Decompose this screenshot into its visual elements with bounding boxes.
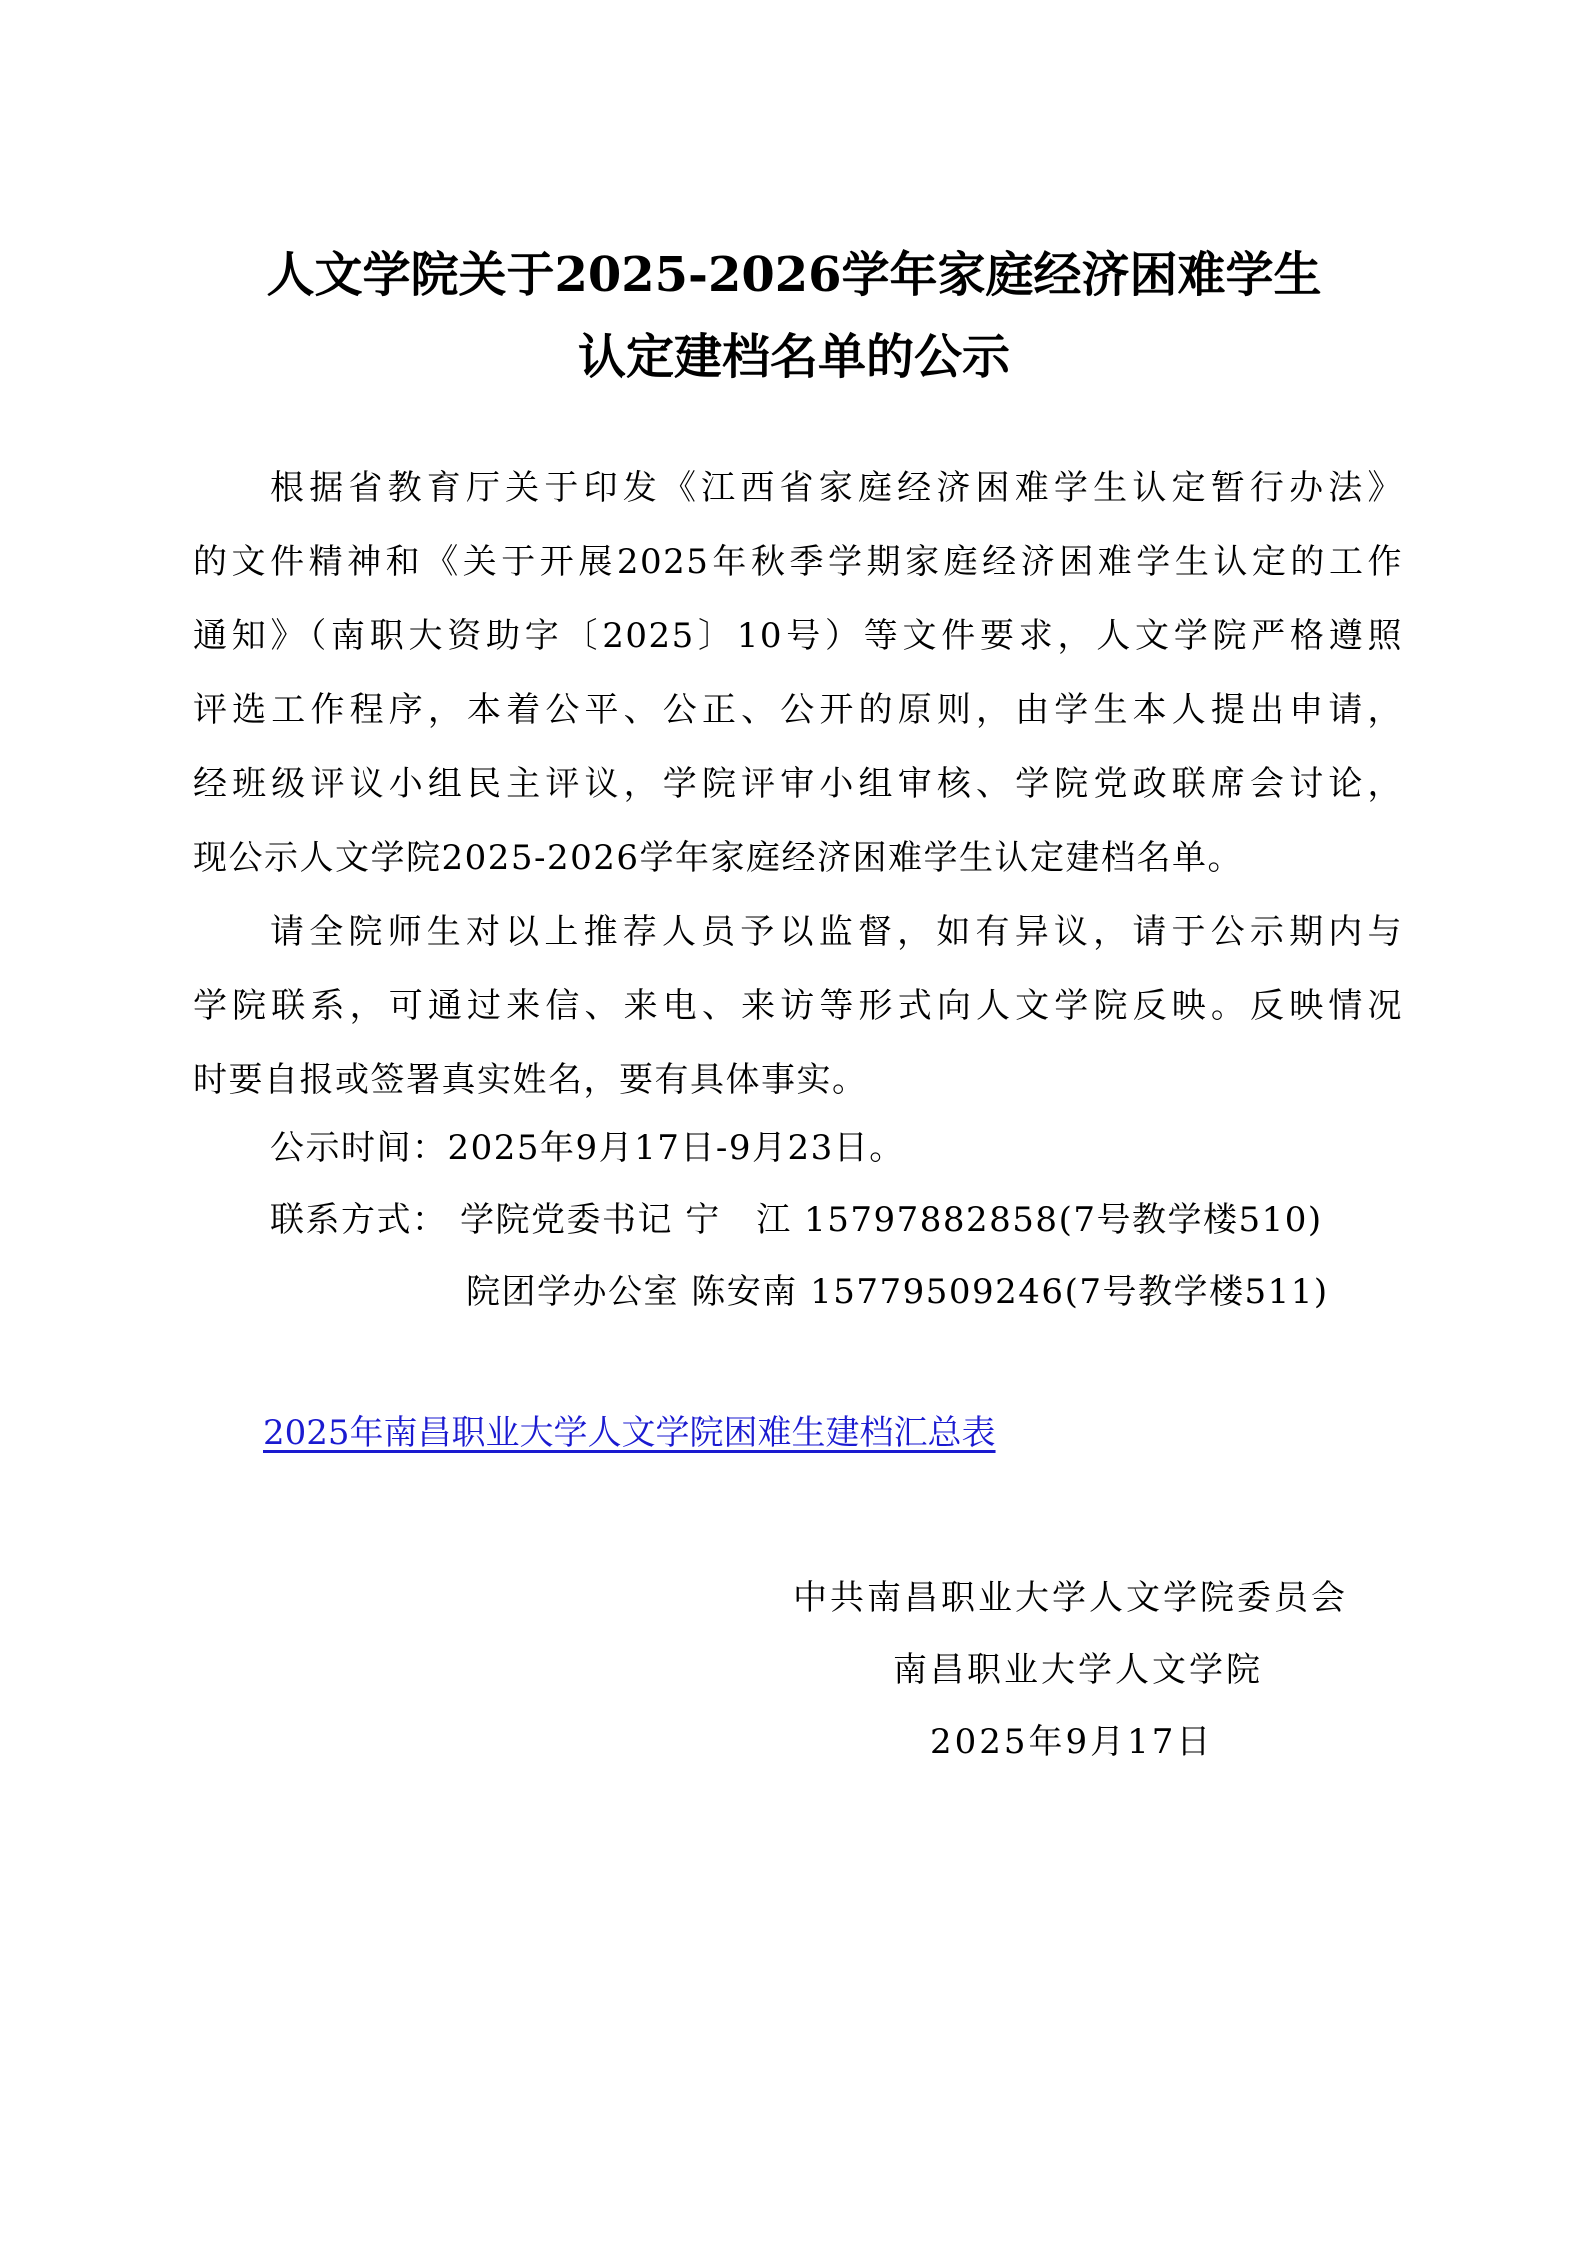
notice-period: 公示时间：2025年9月17日-9月23日。 — [270, 1120, 905, 1169]
paragraph1-line: 评选工作程序，本着公平、公正、公开的原则，由学生本人提出申请， — [193, 682, 1403, 731]
paragraph1-line: 现公示人文学院2025-2026学年家庭经济困难学生认定建档名单。 — [193, 830, 1243, 879]
paragraph1-line: 经班级评议小组民主评议，学院评审小组审核、学院党政联席会讨论， — [193, 756, 1403, 805]
contact-line-office: 院团学办公室 陈安南 15779509246(7号教学楼511) — [466, 1264, 1329, 1313]
attachment-link[interactable]: 2025年南昌职业大学人文学院困难生建档汇总表 — [263, 1405, 996, 1454]
contact-line-secretary: 学院党委书记 宁 江 15797882858(7号教学楼510) — [460, 1192, 1323, 1241]
signature-org-party-committee: 中共南昌职业大学人文学院委员会 — [793, 1570, 1348, 1619]
signature-org-school: 南昌职业大学人文学院 — [893, 1642, 1263, 1691]
paragraph2-line: 时要自报或签署真实姓名，要有具体事实。 — [193, 1052, 868, 1101]
paragraph2-line: 请全院师生对以上推荐人员予以监督，如有异议，请于公示期内与 — [270, 904, 1403, 953]
document-page: 人文学院关于2025-2026学年家庭经济困难学生 认定建档名单的公示 根据省教… — [0, 0, 1588, 2245]
document-title-line1: 人文学院关于2025-2026学年家庭经济困难学生 — [0, 236, 1588, 305]
paragraph1-line: 根据省教育厅关于印发《江西省家庭经济困难学生认定暂行办法》 — [270, 460, 1403, 509]
signature-date: 2025年9月17日 — [930, 1714, 1213, 1763]
paragraph2-line: 学院联系，可通过来信、来电、来访等形式向人文学院反映。反映情况 — [193, 978, 1403, 1027]
paragraph1-line: 的文件精神和《关于开展2025年秋季学期家庭经济困难学生认定的工作 — [193, 534, 1403, 583]
paragraph1-line: 通知》（南职大资助字〔2025〕10号）等文件要求，人文学院严格遵照 — [193, 608, 1403, 657]
document-title-line2: 认定建档名单的公示 — [0, 318, 1588, 387]
contact-label: 联系方式： — [270, 1192, 448, 1241]
